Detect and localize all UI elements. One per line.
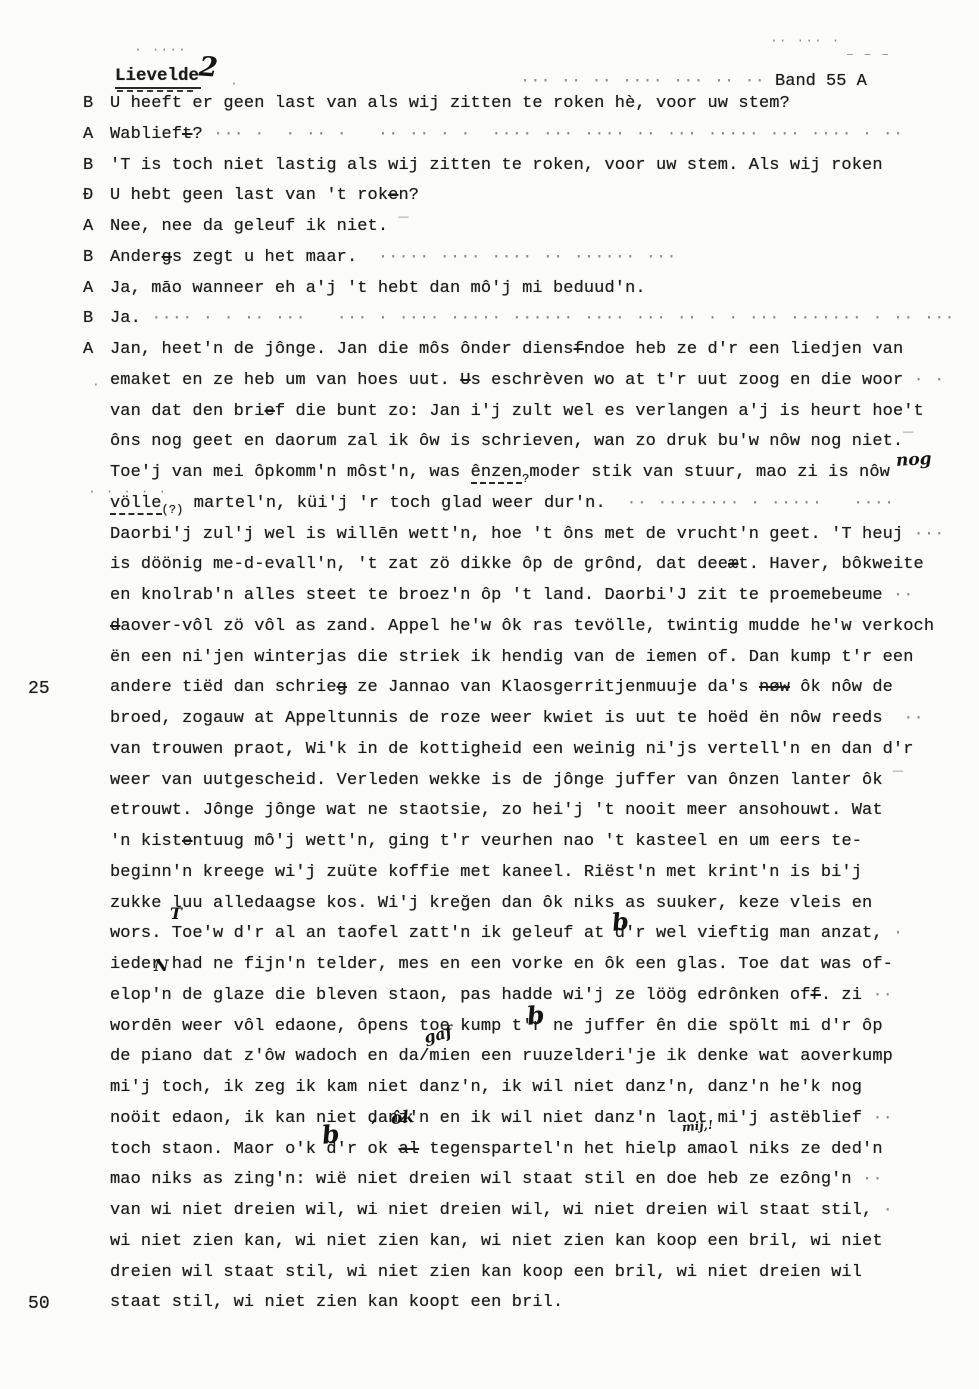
line-text: ¯ (883, 771, 904, 790)
line-text: emaket en ze heb um van hoes uut. (110, 371, 460, 390)
transcript-line: ën een ni'jen winterjas die striek ik he… (83, 648, 955, 679)
line-text: ndoe heb ze d'r een liedjen van (584, 340, 903, 359)
line-text: U (460, 371, 470, 390)
speaker-label: A (83, 217, 110, 236)
line-text: 'T is toch niet lastig als wij zitten te… (110, 156, 883, 175)
hand-annotation: b (611, 909, 630, 935)
line-text: (?) (162, 503, 184, 517)
margin-line-number: 50 (28, 1294, 50, 1314)
line-text: / (419, 1047, 429, 1066)
transcript-line: emaket en ze heb um van hoes uut. Us esc… (83, 371, 955, 402)
speaker-label: A (83, 125, 110, 144)
hand-annotation: b (526, 1002, 546, 1029)
line-text: van dat den bri (110, 402, 265, 421)
line-text: wi niet zien kan, wi niet zien kan, wi n… (110, 1232, 883, 1251)
speaker-label: B (83, 309, 110, 328)
line-text: ¯ (903, 432, 913, 451)
line-text: weer van uutgescheid. Verleden wekke is … (110, 771, 883, 790)
line-text: · (883, 924, 904, 943)
line-text: ¯ (388, 217, 409, 236)
speaker-label: B (83, 94, 110, 113)
line-text: al (398, 1140, 419, 1159)
line-text: noöit edaon, ik kan niet danz'n en ik wi… (110, 1109, 862, 1128)
line-text: ··· (903, 525, 944, 544)
erasure-dots: ··· ·· ·· ···· ··· ·· ·· (520, 72, 775, 91)
line-text: ···· · · ·· ··· ··· · ···· ····· ······ … (141, 309, 955, 328)
transcript-line: AJan, heet'n de jônge. Jan die môs ônder… (83, 340, 955, 371)
line-text: staat stil, wi niet zien kan koopt een b… (110, 1293, 563, 1312)
line-text: dreien wil staat stil, wi niet zien kan … (110, 1263, 862, 1282)
stray-mark: · · · · · (88, 484, 167, 499)
line-text: broed, zogauw at Appeltunnis de roze wee… (110, 709, 883, 728)
transcript-line: B'T is toch niet lastig als wij zitten t… (83, 156, 955, 187)
line-text: f die bunt zo: Jan i'j zult wel es verla… (275, 402, 924, 421)
line-text: g (337, 678, 347, 697)
line-text: mien een ruuzelderi'je ik denke wat aove… (429, 1047, 893, 1066)
transcript-line: BAndergs zegt u het maar. ····· ···· ···… (83, 248, 955, 279)
transcript-line: mi'j toch, ik zeg ik kam niet danz'n, ik… (83, 1078, 955, 1109)
hand-annotation: mij,! (682, 1119, 714, 1134)
line-text: Jan, heet'n de jônge. Jan die môs ônder … (110, 340, 574, 359)
line-text: beginn'n kreege wi'j zuüte koffie met ka… (110, 863, 862, 882)
line-text: Ander (110, 248, 162, 267)
line-text: Nee, nee da geleuf ik niet. (110, 217, 388, 236)
line-text: · · (903, 371, 944, 390)
line-text: 'n kist (110, 832, 182, 851)
stray-mark: · (230, 76, 239, 91)
document-page: Lievelde ··· ·· ·· ···· ··· ·· ·· Band 5… (0, 0, 979, 1389)
line-text: f (811, 986, 821, 1005)
transcript-line: BU heeft er geen last van als wij zitten… (83, 94, 955, 125)
line-text: ntuug mô'j wett'n, ging t'r veurhen nao … (192, 832, 862, 851)
transcript-line: van trouwen praot, Wi'k in de kottigheid… (83, 740, 955, 771)
hand-annotation: nog (896, 451, 932, 470)
line-text: æ (728, 555, 738, 574)
transcript-line: wors. Toe'w d'r al an taofel zatt'n ik g… (83, 924, 955, 955)
transcript-line: BJa. ···· · · ·· ··· ··· · ···· ····· ··… (83, 309, 955, 340)
speaker-label: B (83, 156, 110, 175)
transcript-line: Daorbi'j zul'j wel is willēn wett'n, hoe… (83, 525, 955, 556)
transcript-line: zukke luu alledaagse kos. Wi'j kreğen da… (83, 894, 955, 925)
transcript-line: dreien wil staat stil, wi niet zien kan … (83, 1263, 955, 1294)
line-text: mao niks as zing'n: wië niet dreien wil … (110, 1170, 852, 1189)
line-text: ··· · · ·· · ·· ·· · · ···· ··· ···· ·· … (203, 125, 904, 144)
hand-annotation: b (321, 1121, 341, 1148)
transcript-line: weer van uutgescheid. Verleden wekke is … (83, 771, 955, 802)
transcript-line: beginn'n kreege wi'j zuüte koffie met ka… (83, 863, 955, 894)
line-text: Ja. (110, 309, 141, 328)
line-text: andere tiëd dan schrie (110, 678, 337, 697)
transcript-line: wi niet zien kan, wi niet zien kan, wi n… (83, 1232, 955, 1263)
line-text: Toe'j van mei ôpkomm'n môst'n, was (110, 463, 471, 482)
line-text: ieder had ne fijn'n telder, mes en een v… (110, 955, 893, 974)
line-text: d (110, 617, 120, 636)
transcript-line: daover-vôl zö vôl as zand. Appel he'w ôk… (83, 617, 955, 648)
transcript-line: de piano dat z'ôw wadoch en da/mien een … (83, 1047, 955, 1078)
line-text: elop'n de glaze die bleven staon, pas ha… (110, 986, 811, 1005)
speaker-label: A (83, 340, 110, 359)
stray-mark: ·· ··· · (770, 33, 840, 48)
transcript-line: broed, zogauw at Appeltunnis de roze wee… (83, 709, 955, 740)
line-text: ênzen (471, 463, 523, 484)
transcript-line: mao niks as zing'n: wië niet dreien wil … (83, 1170, 955, 1201)
hand-annotation: ôk (390, 1109, 415, 1128)
transcript-line: van wi niet dreien wil, wi niet dreien w… (83, 1201, 955, 1232)
line-text: Ja, māo wanneer eh a'j 't hebt dan mô'j … (110, 279, 646, 298)
line-text: e (265, 402, 275, 421)
hand-annotation: T (170, 906, 182, 922)
page-title: Lievelde (115, 66, 201, 89)
stray-mark: – – – (846, 47, 890, 62)
line-text: moder stik van stuur, mao zi is nôw (529, 463, 890, 482)
line-text: etrouwt. Jônge jônge wat ne staotsie, zo… (110, 801, 883, 820)
line-text: ·· (862, 1109, 893, 1128)
line-text: tegenspartel'n het hielp amaol niks ze d… (419, 1140, 883, 1159)
transcript-line: en knolrab'n alles steet te broez'n ôp '… (83, 586, 955, 617)
transcript-line: 50staat stil, wi niet zien kan koopt een… (83, 1293, 955, 1324)
stray-mark: · (92, 377, 101, 392)
line-text: g (162, 248, 172, 267)
line-text: U hebt geen last van 't rok (110, 186, 388, 205)
line-text: aover-vôl zö vôl as zand. Appel he'w ôk … (120, 617, 934, 636)
line-text: ·· (862, 986, 893, 1005)
line-text: t (182, 125, 192, 144)
line-text: ·· (883, 709, 924, 728)
line-text: ze Jannao van Klaosgerritjenmuuje da's (347, 678, 759, 697)
stray-mark: · ···· (134, 42, 187, 57)
band-header: ··· ·· ·· ···· ··· ·· ·· Band 55 A (520, 72, 867, 91)
transcript-line: ÐU hebt geen last van 't roken? (83, 186, 955, 217)
line-text: zukke luu alledaagse kos. Wi'j kreğen da… (110, 894, 872, 913)
margin-line-number: 25 (28, 679, 50, 699)
speaker-label: B (83, 248, 110, 267)
transcript-line: AWablieft? ··· · · ·· · ·· ·· · · ···· ·… (83, 125, 955, 156)
line-text: van wi niet dreien wil, wi niet dreien w… (110, 1201, 872, 1220)
transcript-line: ANee, nee da geleuf ik niet. ¯ (83, 217, 955, 248)
line-text: nøw (759, 678, 790, 697)
line-text: wors. Toe'w d'r al an taofel zatt'n ik g… (110, 924, 883, 943)
line-text: s eschrèven wo at t'r uut zoog en die wo… (471, 371, 904, 390)
line-text: de piano dat z'ôw wadoch en da (110, 1047, 419, 1066)
line-text: wordēn weer vôl edaone, ôpens toe kump t… (110, 1017, 883, 1036)
transcript-lines: BU heeft er geen last van als wij zitten… (83, 94, 955, 1324)
line-text: martel'n, küi'j 'r toch glad weer dur'n. (183, 494, 605, 513)
line-text: e (388, 186, 398, 205)
line-text: ôk nôw de (790, 678, 893, 697)
band-label: Band 55 A (775, 72, 867, 91)
transcript-line: elop'n de glaze die bleven staon, pas ha… (83, 986, 955, 1017)
line-text: is döönig me-d-evall'n, 't zat zö dikke … (110, 555, 728, 574)
transcript-line: Toe'j van mei ôpkomm'n môst'n, was ênzen… (83, 463, 955, 494)
line-text: s zegt u het maar. (172, 248, 357, 267)
line-text: n? (398, 186, 419, 205)
line-text: toch staon. Maor o'k d'r ok (110, 1140, 398, 1159)
line-text: ·· (852, 1170, 883, 1189)
line-text: ·· ········ · ····· ···· (606, 494, 894, 513)
transcript-line: toch staon. Maor o'k d'r ok al tegenspar… (83, 1140, 955, 1171)
line-text: en knolrab'n alles steet te broez'n ôp '… (110, 586, 883, 605)
transcript-line: AJa, māo wanneer eh a'j 't hebt dan mô'j… (83, 279, 955, 310)
line-text: ····· ···· ···· ·· ······ ··· (357, 248, 676, 267)
hand-annotation: 2 (198, 53, 219, 81)
transcript-line: wordēn weer vôl edaone, ôpens toe kump t… (83, 1017, 955, 1048)
line-text: Daorbi'j zul'j wel is willēn wett'n, hoe… (110, 525, 903, 544)
transcript-line: van dat den brief die bunt zo: Jan i'j z… (83, 402, 955, 433)
line-text: mi'j toch, ik zeg ik kam niet danz'n, ik… (110, 1078, 862, 1097)
transcript-line: völle(?) martel'n, küi'j 'r toch glad we… (83, 494, 955, 525)
line-text: ·· (883, 586, 914, 605)
line-text: ën een ni'jen winterjas die striek ik he… (110, 648, 914, 667)
line-text: U heeft er geen last van als wij zitten … (110, 94, 790, 113)
line-text: t. Haver, bôkweite (738, 555, 923, 574)
transcript-line: ôns nog geet en daorum zal ik ôw is schr… (83, 432, 955, 463)
line-text: ôns nog geet en daorum zal ik ôw is schr… (110, 432, 903, 451)
hand-annotation: N (154, 958, 169, 974)
hand-annotation: ’ (371, 1118, 377, 1134)
transcript-line: noöit edaon, ik kan niet danz'n en ik wi… (83, 1109, 955, 1140)
line-text: e (182, 832, 192, 851)
transcript-line: 'n kistentuug mô'j wett'n, ging t'r veur… (83, 832, 955, 863)
speaker-label: A (83, 279, 110, 298)
speaker-label: Ð (83, 186, 110, 205)
transcript-line: 25andere tiëd dan schrieg ze Jannao van … (83, 678, 955, 709)
line-text: ? (192, 125, 202, 144)
transcript-line: ieder had ne fijn'n telder, mes en een v… (83, 955, 955, 986)
line-text: Wablief (110, 125, 182, 144)
transcript-line: etrouwt. Jônge jônge wat ne staotsie, zo… (83, 801, 955, 832)
line-text: . zi (821, 986, 862, 1005)
transcript-line: is döönig me-d-evall'n, 't zat zö dikke … (83, 555, 955, 586)
line-text: van trouwen praot, Wi'k in de kottigheid… (110, 740, 914, 759)
line-text: f (574, 340, 584, 359)
line-text: · (872, 1201, 893, 1220)
